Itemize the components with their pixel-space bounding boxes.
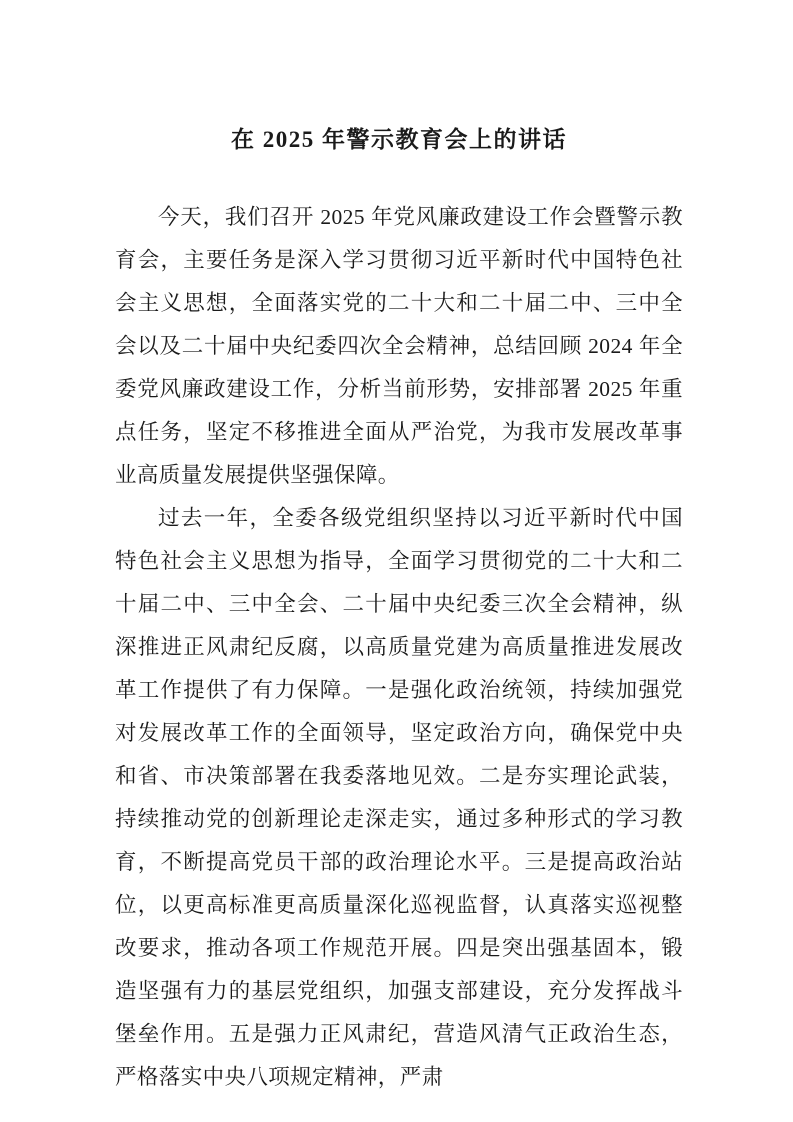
paragraph-review: 过去一年，全委各级党组织坚持以习近平新时代中国特色社会主义思想为指导，全面学习贯… <box>115 497 683 1099</box>
document-page: 在 2025 年警示教育会上的讲话 今天，我们召开 2025 年党风廉政建设工作… <box>0 0 793 1122</box>
paragraph-intro: 今天，我们召开 2025 年党风廉政建设工作会暨警示教育会，主要任务是深入学习贯… <box>115 196 683 497</box>
document-title: 在 2025 年警示教育会上的讲话 <box>115 118 683 161</box>
